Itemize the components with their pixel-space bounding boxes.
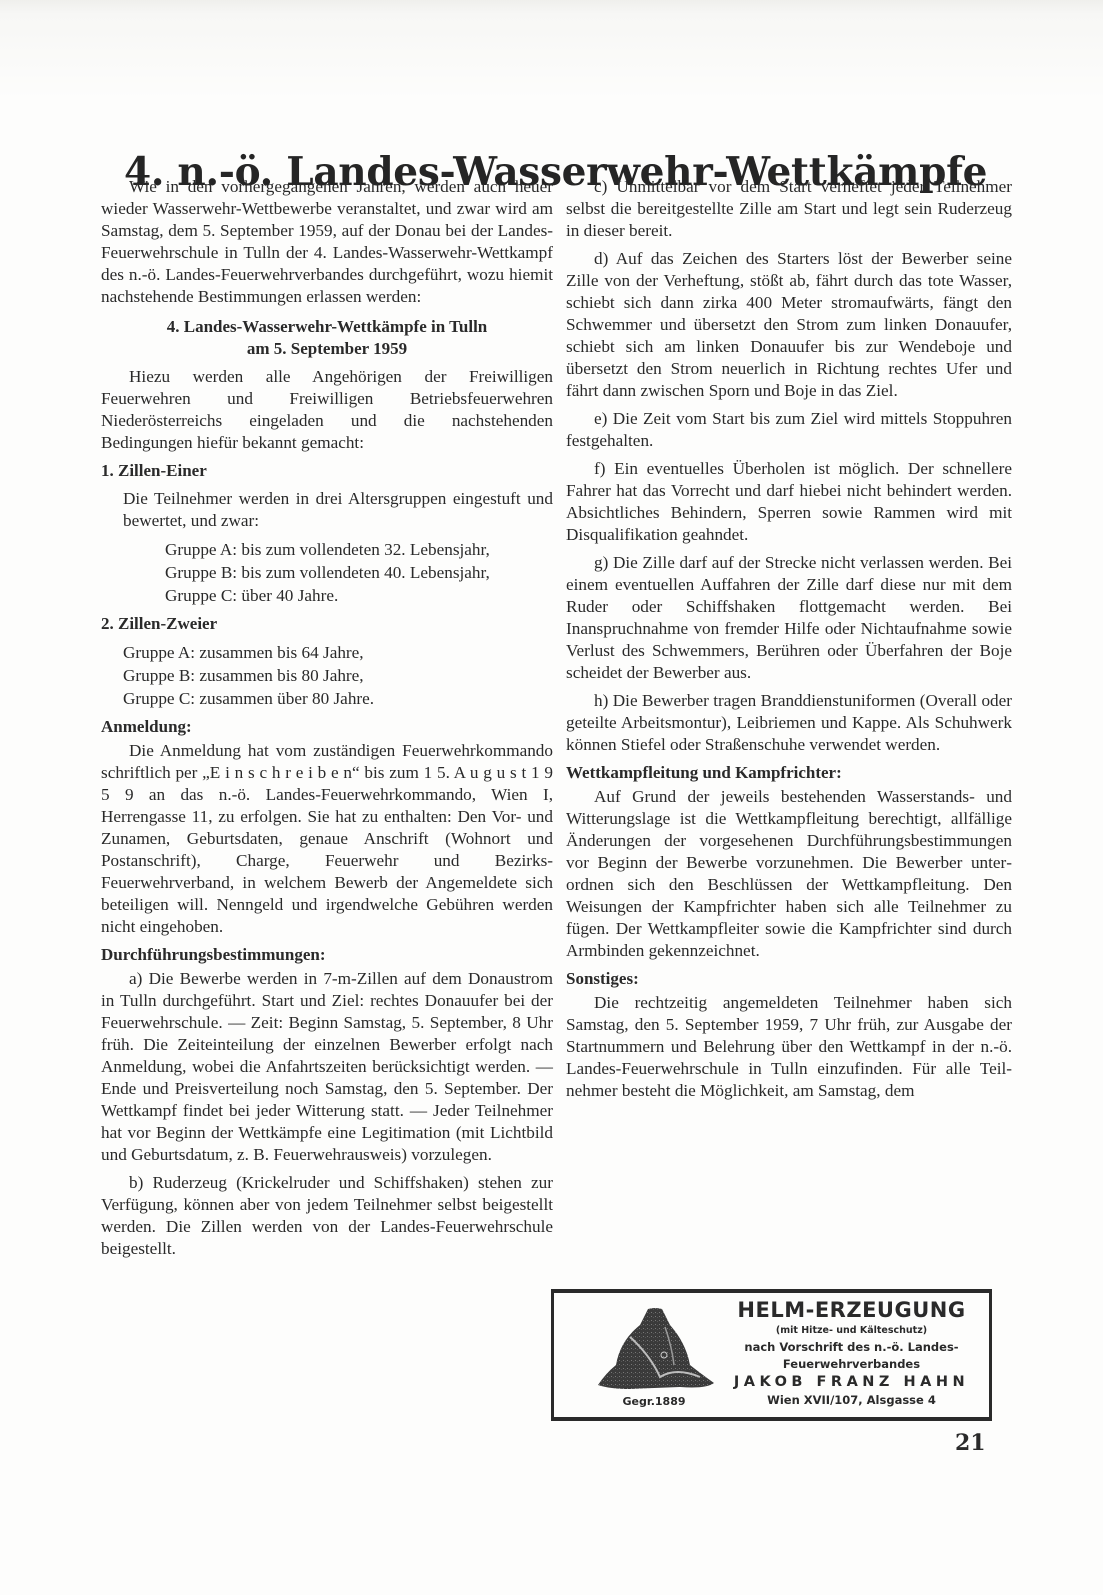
helmet-advertisement: Gegr.1889 HELM-ERZEUGUNG (mit Hitze- und…	[551, 1289, 992, 1421]
article-subtitle: 4. Landes-Wasserwehr-Wettkämpfe in Tulln…	[101, 316, 553, 360]
age-group-item: Gruppe A: bis zum vollendeten 32. Lebens…	[165, 538, 553, 561]
section-heading-zillen-einer: 1. Zillen-Einer	[101, 460, 553, 482]
age-group-item: Gruppe B: bis zum vollendeten 40. Lebens…	[165, 561, 553, 584]
section-heading-zillen-zweier: 2. Zillen-Zweier	[101, 613, 553, 635]
advertisement-line-1: nach Vorschrift des n.-ö. Landes-	[719, 1339, 984, 1356]
rule-item-a: a) Die Bewerbe werden in 7-m-Zillen auf …	[101, 968, 553, 1166]
advertisement-text: HELM-ERZEUGUNG (mit Hitze- und Kälteschu…	[719, 1297, 984, 1409]
judges-paragraph: Auf Grund der jeweils bestehenden Wasser…	[566, 786, 1012, 962]
age-group-item: Gruppe C: zusammen über 80 Jahre.	[123, 687, 553, 710]
rule-item-g: g) Die Zille darf auf der Strecke nicht …	[566, 552, 1012, 684]
age-group-item: Gruppe A: zusammen bis 64 Jahre,	[123, 641, 553, 664]
age-group-item: Gruppe B: zusammen bis 80 Jahre,	[123, 664, 553, 687]
section-heading-rules: Durchführungsbestimmungen:	[101, 944, 553, 966]
section-heading-judges: Wettkampfleitung und Kampfrichter:	[566, 762, 1012, 784]
section-zillen-einer: Die Teilnehmer werden in drei Altersgrup…	[101, 488, 553, 607]
advertisement-subline: (mit Hitze- und Kälteschutz)	[719, 1323, 984, 1339]
subtitle-line-2: am 5. September 1959	[101, 338, 553, 360]
advertisement-company: JAKOB FRANZ HAHN	[719, 1373, 984, 1392]
paper-texture	[0, 0, 1103, 110]
rule-item-f: f) Ein eventuelles Überholen ist möglich…	[566, 458, 1012, 546]
section-heading-misc: Sonstiges:	[566, 968, 1012, 990]
subtitle-line-1: 4. Landes-Wasserwehr-Wettkämpfe in Tulln	[101, 316, 553, 338]
page-number: 21	[955, 1430, 986, 1456]
registration-paragraph: Die Anmeldung hat vom zuständigen Feuer­…	[101, 740, 553, 938]
section-text: Die Teilnehmer werden in drei Altersgrup…	[123, 488, 553, 532]
misc-paragraph: Die rechtzeitig angemeldeten Teilnehmer …	[566, 992, 1012, 1102]
rule-item-c: c) Unmittelbar vor dem Start verheftet j…	[566, 176, 1012, 242]
rule-item-e: e) Die Zeit vom Start bis zum Ziel wird …	[566, 408, 1012, 452]
advertisement-address: Wien XVII/107, Alsgasse 4	[719, 1392, 984, 1409]
right-column: c) Unmittelbar vor dem Start verheftet j…	[566, 176, 1012, 1108]
invitation-paragraph: Hiezu werden alle Angehörigen der Freiwi…	[101, 366, 553, 454]
intro-paragraph: Wie in den vorhergegangenen Jahren, werd…	[101, 176, 553, 308]
age-group-list: Gruppe A: bis zum vollendeten 32. Lebens…	[123, 538, 553, 607]
advertisement-headline: HELM-ERZEUGUNG	[719, 1297, 984, 1323]
rule-item-d: d) Auf das Zeichen des Starters löst der…	[566, 248, 1012, 402]
section-heading-registration: Anmeldung:	[101, 716, 553, 738]
rule-item-b: b) Ruderzeug (Krickelruder und Schiffsha…	[101, 1172, 553, 1260]
advertisement-line-2: Feuerwehrverbandes	[719, 1356, 984, 1373]
left-column: Wie in den vorhergegangenen Jahren, werd…	[101, 176, 553, 1266]
age-group-item: Gruppe C: über 40 Jahre.	[165, 584, 553, 607]
founded-label: Gegr.1889	[604, 1395, 704, 1408]
age-group-list: Gruppe A: zusammen bis 64 Jahre, Gruppe …	[101, 641, 553, 710]
fire-helmet-icon	[590, 1307, 720, 1393]
rule-item-h: h) Die Bewerber tragen Branddienstunifor…	[566, 690, 1012, 756]
